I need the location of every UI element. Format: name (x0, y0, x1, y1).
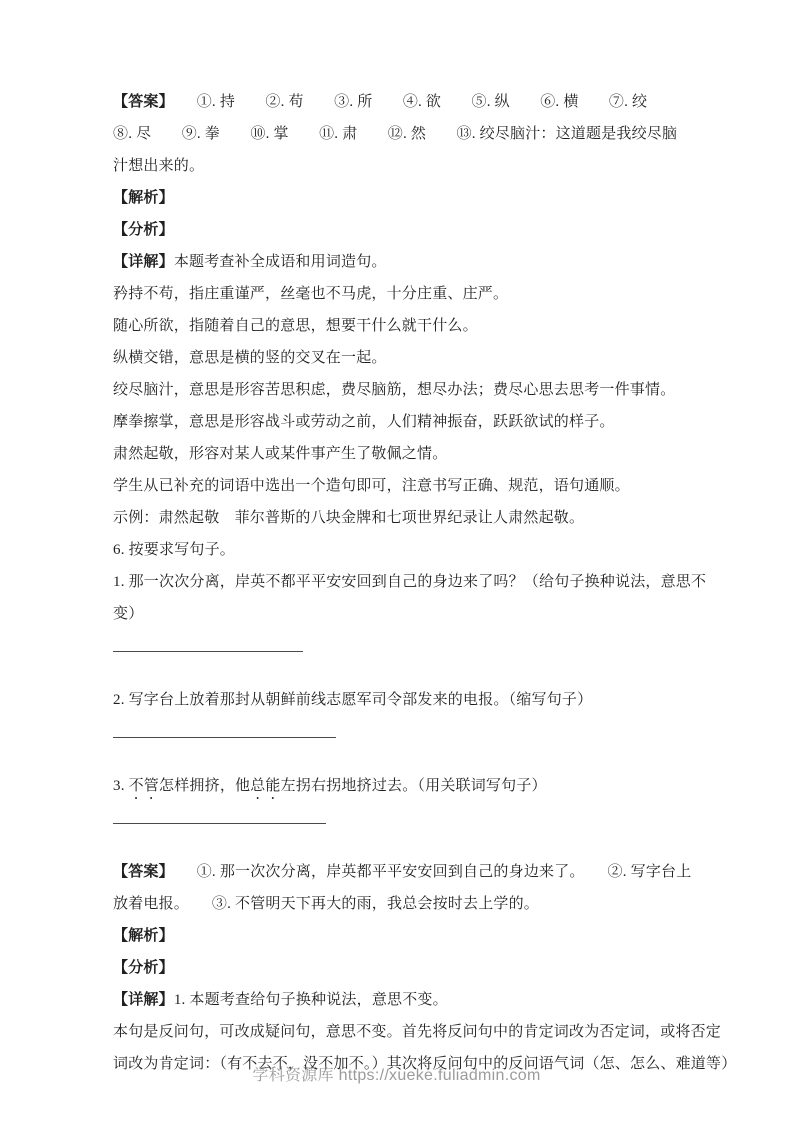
question-line: 3. 不管怎样拥挤，他总能左拐右拐地挤过去。（用关联词写句子） (113, 770, 688, 802)
answer-line: 汁想出来的。 (113, 150, 688, 182)
answer-blank (113, 737, 688, 770)
explanation-line: 绞尽脑汁，意思是形容苦思积虑，费尽脑筋，想尽办法；费尽心思去思考一件事情。 (113, 374, 688, 406)
question-line: 变） (113, 598, 688, 630)
question-line: 2. 写字台上放着那封从朝鲜前线志愿军司令部发来的电报。（缩写句子） (113, 684, 688, 716)
answer-items-row3: 汁想出来的。 (113, 158, 204, 174)
analysis-label-line: 【解析】 (113, 920, 688, 952)
fenxi-label: 【分析】 (113, 222, 174, 238)
footer-text: 学科资源库 https://xueke.fuliadmin.com (252, 1067, 540, 1084)
answer-label: 【答案】 (113, 94, 166, 110)
answer-line: 放着电报。 ③. 不管明天下再大的雨，我总会按时去上学的。 (113, 888, 688, 920)
answer-items-row1: ①. 持 ②. 苟 ③. 所 ④. 欲 ⑤. 纵 ⑥. 横 ⑦. 绞 (166, 94, 647, 110)
explanation-line: 摩拳擦掌，意思是形容战斗或劳动之前，人们精神振奋，跃跃欲试的样子。 (113, 406, 688, 438)
explanation-line: 随心所欲，指随着自己的意思，想要干什么就干什么。 (113, 310, 688, 342)
analysis-label-line: 【分析】 (113, 214, 688, 246)
q3-suffix: 左拐右拐地挤过去。（用关联词写句子） (281, 778, 547, 794)
answer-label: 【答案】 (113, 864, 166, 880)
answer-blank (113, 651, 688, 684)
detail-explain-line: 【详解】1. 本题考查给句子换种说法，意思不变。 (113, 984, 688, 1016)
question-line: 1. 那一次次分离，岸英不都平平安安回到自己的身边来了吗？（给句子换种说法，意思… (113, 566, 688, 598)
question-heading: 6. 按要求写句子。 (113, 534, 688, 566)
jiexi-label: 【解析】 (113, 928, 174, 944)
answer-line: 【答案】 ①. 那一次次分离，岸英都平平安安回到自己的身边来了。 ②. 写字台上 (113, 856, 688, 888)
answer-blank (113, 823, 688, 856)
detail-explain-line: 【详解】本题考查补全成语和用词造句。 (113, 246, 688, 278)
explanation-line: 矜持不苟，指庄重谨严，丝毫也不马虎，十分庄重、庄严。 (113, 278, 688, 310)
document-page: 【答案】 ①. 持 ②. 苟 ③. 所 ④. 欲 ⑤. 纵 ⑥. 横 ⑦. 绞 … (0, 0, 793, 1122)
answer-blank-rule (113, 737, 336, 738)
answer-blank-rule (113, 651, 303, 652)
xiangjie-text: 1. 本题考查给句子换种说法，意思不变。 (174, 992, 448, 1008)
analysis-label-line: 【解析】 (113, 182, 688, 214)
answer-line: 【答案】 ①. 持 ②. 苟 ③. 所 ④. 欲 ⑤. 纵 ⑥. 横 ⑦. 绞 (113, 86, 688, 118)
xiangjie-label: 【详解】 (113, 992, 174, 1008)
explanation-line: 学生从已补充的词语中选出一个造句即可，注意书写正确、规范，语句通顺。 (113, 470, 688, 502)
jiexi-label: 【解析】 (113, 190, 174, 206)
answer-line: ⑧. 尽 ⑨. 拳 ⑩. 掌 ⑪. 肃 ⑫. 然 ⑬. 绞尽脑汁：这道题是我绞尽… (113, 118, 688, 150)
xiangjie-label: 【详解】 (113, 254, 174, 270)
answer-items-row2: ⑧. 尽 ⑨. 拳 ⑩. 掌 ⑪. 肃 ⑫. 然 ⑬. 绞尽脑汁：这道题是我绞尽… (113, 126, 677, 142)
explanation-line: 示例：肃然起敬 菲尔普斯的八块金牌和七项世界纪录让人肃然起敬。 (113, 502, 688, 534)
explanation-line: 本句是反问句，可改成疑问句，意思不变。首先将反问句中的肯定词改为否定词，或将否定 (113, 1016, 688, 1048)
xiangjie-text: 本题考查补全成语和用词造句。 (174, 254, 387, 270)
emphasis-text: 总能 (250, 778, 280, 794)
explanation-line: 肃然起敬，形容对某人或某件事产生了敬佩之情。 (113, 438, 688, 470)
q3-prefix: 3. (113, 778, 129, 794)
explanation-line: 纵横交错，意思是横的竖的交叉在一起。 (113, 342, 688, 374)
fenxi-label: 【分析】 (113, 960, 174, 976)
emphasis-text: 不管 (129, 778, 159, 794)
document-content: 【答案】 ①. 持 ②. 苟 ③. 所 ④. 欲 ⑤. 纵 ⑥. 横 ⑦. 绞 … (113, 86, 688, 1080)
answer-items-row1: ①. 那一次次分离，岸英都平平安安回到自己的身边来了。 ②. 写字台上 (166, 864, 691, 880)
footer: 学科资源库 https://xueke.fuliadmin.com (0, 1062, 793, 1085)
answer-items-row2: 放着电报。 ③. 不管明天下再大的雨，我总会按时去上学的。 (113, 896, 539, 912)
q3-mid: 怎样拥挤，他 (159, 778, 250, 794)
analysis-label-line: 【分析】 (113, 952, 688, 984)
answer-blank-rule (113, 823, 326, 824)
